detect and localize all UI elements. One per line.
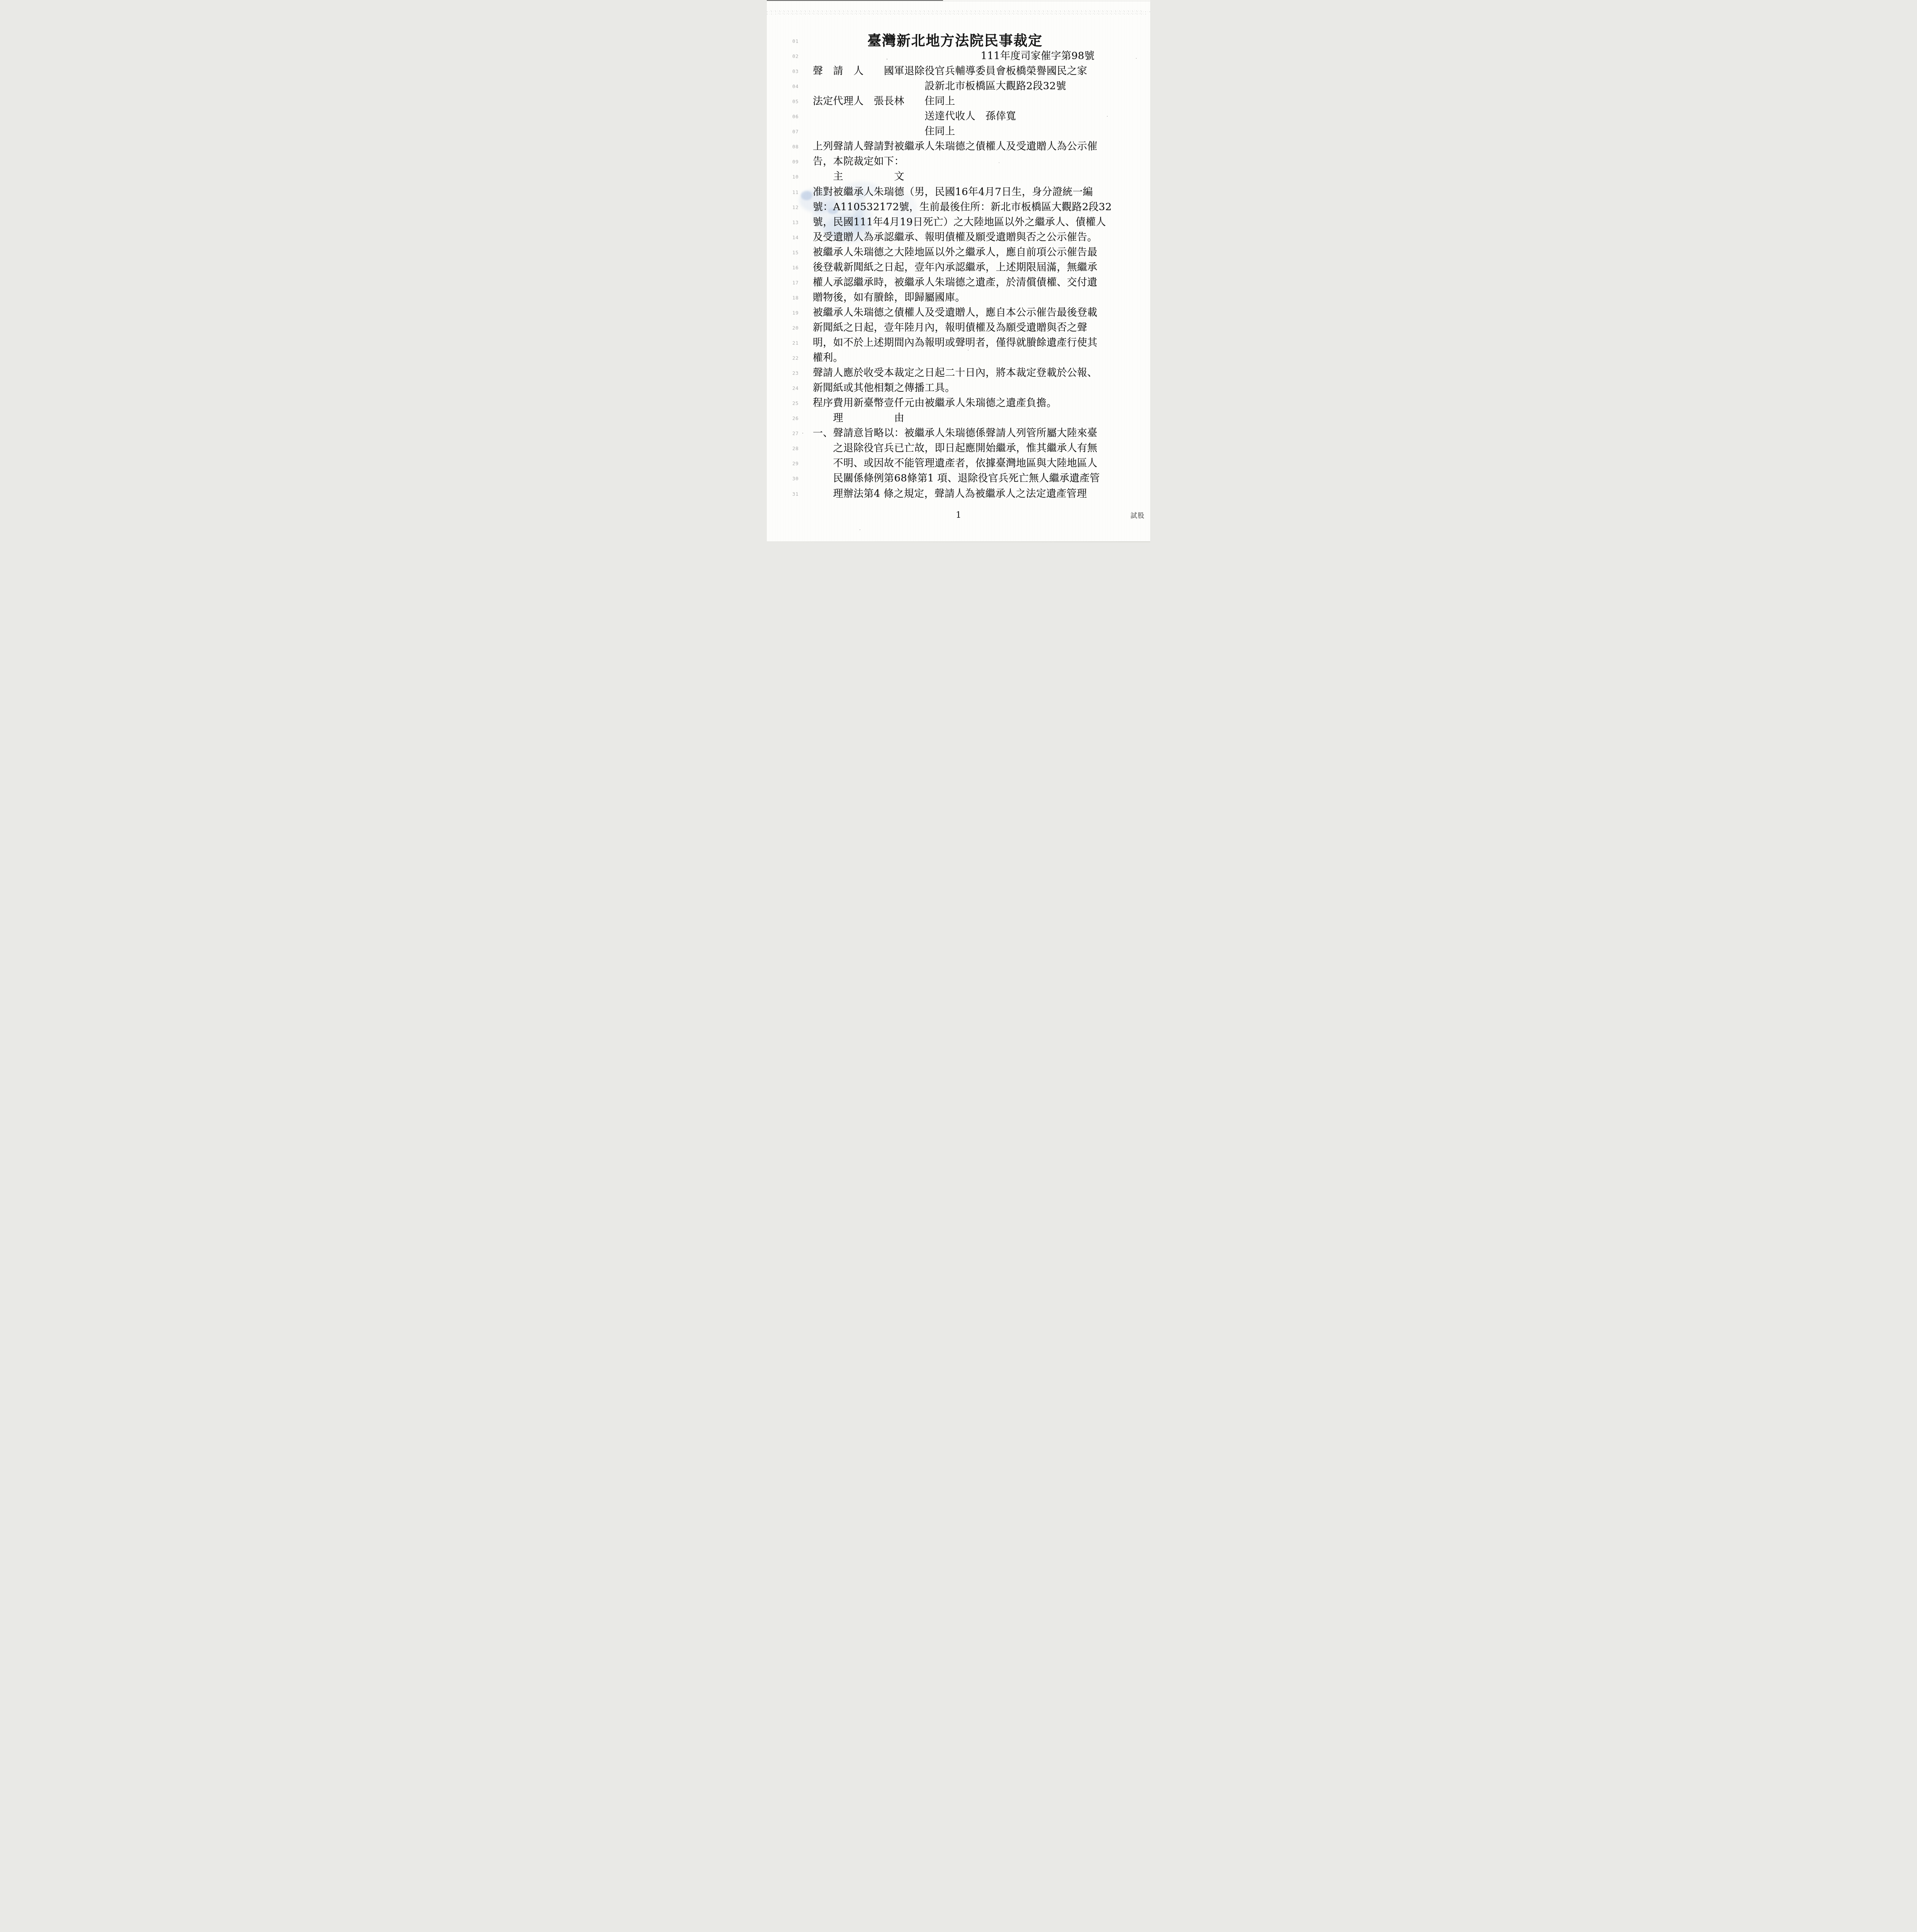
line-text: 號，民國111年4月19日死亡）之大陸地區以外之繼承人、債權人 [813, 214, 1106, 230]
document-line: 14 及受遺贈人為承認繼承、報明債權及願受遺贈與否之公示催告。 [767, 230, 1150, 245]
line-text: 送達代收人 孫倖寬 [813, 109, 1016, 124]
document-line: 22 權利。 [767, 350, 1150, 366]
line-number: 06 [792, 114, 798, 119]
line-text: 聲 請 人 國軍退除役官兵輔導委員會板橋榮譽國民之家 [813, 64, 1087, 79]
document-line: 05 法定代理人 張長林 住同上 [767, 94, 1150, 109]
document-line: 20 新聞紙之日起，壹年陸月內，報明債權及為願受遺贈與否之聲 [767, 320, 1150, 335]
line-text: 上列聲請人聲請對被繼承人朱瑞德之債權人及受遺贈人為公示催 [813, 139, 1097, 154]
line-text: 被繼承人朱瑞德之大陸地區以外之繼承人，應自前項公示催告最 [813, 245, 1097, 260]
document-line: 06 送達代收人 孫倖寬 [767, 109, 1150, 124]
document-line: 29 不明、或因故不能管理遺產者，依據臺灣地區與大陸地區人 [767, 456, 1150, 471]
line-text: 理辦法第4 條之規定，聲請人為被繼承人之法定遺產管理 [813, 486, 1087, 501]
line-text: 民關係條例第68條第1 項、退除役官兵死亡無人繼承遺產管 [813, 471, 1100, 486]
document-line: 16 後登載新聞紙之日起，壹年內承認繼承，上述期限屆滿，無繼承 [767, 260, 1150, 275]
document-line: 26 理 由 [767, 411, 1150, 426]
document-line: 17 權人承認繼承時，被繼承人朱瑞德之遺產，於清償債權、交付遺 [767, 275, 1150, 290]
document-line: 23 聲請人應於收受本裁定之日起二十日內，將本裁定登載於公報、 [767, 366, 1150, 381]
line-text: 法定代理人 張長林 住同上 [813, 94, 955, 109]
line-number: 16 [792, 264, 798, 270]
document-line: 21 明，如不於上述期間內為報明或聲明者，僅得就賸餘遺產行使其 [767, 335, 1150, 350]
line-number: 24 [792, 385, 798, 391]
document-line: 27 一、聲請意旨略以：被繼承人朱瑞德係聲請人列管所屬大陸來臺 [767, 426, 1150, 441]
line-number: 23 [792, 370, 798, 376]
line-number: 22 [792, 355, 798, 361]
line-text: 程序費用新臺幣壹仟元由被繼承人朱瑞德之遺產負擔。 [813, 396, 1057, 411]
line-text: 被繼承人朱瑞德之債權人及受遺贈人，應自本公示催告最後登載 [813, 305, 1097, 320]
line-number: 14 [792, 234, 798, 240]
line-number: 29 [792, 461, 798, 466]
page-number: 1 [767, 509, 1150, 521]
document-line: 28 之退除役官兵已亡故，即日起應開始繼承，惟其繼承人有無 [767, 441, 1150, 456]
line-text: 聲請人應於收受本裁定之日起二十日內，將本裁定登載於公報、 [813, 366, 1097, 381]
document-line: 03 聲 請 人 國軍退除役官兵輔導委員會板橋榮譽國民之家 [767, 64, 1150, 79]
document-line: 01 臺灣新北地方法院民事裁定 [767, 34, 1150, 49]
line-text: 明，如不於上述期間內為報明或聲明者，僅得就賸餘遺產行使其 [813, 335, 1097, 350]
line-number: 21 [792, 340, 798, 346]
line-text: 理 由 [813, 411, 904, 426]
line-text: 一、聲請意旨略以：被繼承人朱瑞德係聲請人列管所屬大陸來臺 [813, 426, 1097, 441]
line-number: 19 [792, 310, 798, 315]
line-number: 04 [792, 83, 798, 89]
line-text: 之退除役官兵已亡故，即日起應開始繼承，惟其繼承人有無 [813, 441, 1097, 456]
line-text: 權人承認繼承時，被繼承人朱瑞德之遺產，於清償債權、交付遺 [813, 275, 1097, 290]
line-number: 15 [792, 249, 798, 255]
line-text: 後登載新聞紙之日起，壹年內承認繼承，上述期限屆滿，無繼承 [813, 260, 1097, 275]
document-line: 19 被繼承人朱瑞德之債權人及受遺贈人，應自本公示催告最後登載 [767, 305, 1150, 320]
document-line: 24 新聞紙或其他相類之傳播工具。 [767, 381, 1150, 396]
document-line: 04 設新北市板橋區大觀路2段32號 [767, 79, 1150, 94]
line-text: 新聞紙之日起，壹年陸月內，報明債權及為願受遺贈與否之聲 [813, 320, 1087, 335]
line-text: 設新北市板橋區大觀路2段32號 [813, 79, 1066, 94]
line-text: 贈物後，如有賸餘，即歸屬國庫。 [813, 290, 965, 305]
document-line: 10 主 文 [767, 169, 1150, 184]
document-line: 12 號：A110532172號，生前最後住所：新北市板橋區大觀路2段32 [767, 199, 1150, 214]
scanned-court-document: 01 臺灣新北地方法院民事裁定 02 111年度司家催字第98號 03 聲 請 … [767, 0, 1150, 542]
line-number: 02 [792, 53, 798, 59]
line-number: 28 [792, 446, 798, 451]
line-text: 主 文 [813, 169, 904, 184]
line-text: 告，本院裁定如下： [813, 154, 904, 169]
line-text: 新聞紙或其他相類之傳播工具。 [813, 381, 955, 396]
line-number: 12 [792, 204, 798, 210]
line-number: 10 [792, 174, 798, 180]
scan-edge-artifact [767, 541, 1150, 542]
document-line: 09 告，本院裁定如下： [767, 154, 1150, 169]
line-number: 08 [792, 144, 798, 150]
document-line: 30 民關係條例第68條第1 項、退除役官兵死亡無人繼承遺產管 [767, 471, 1150, 486]
line-number: 13 [792, 219, 798, 225]
document-line: 31 理辦法第4 條之規定，聲請人為被繼承人之法定遺產管理 [767, 486, 1150, 501]
line-number: 30 [792, 476, 798, 481]
document-line: 13 號，民國111年4月19日死亡）之大陸地區以外之繼承人、債權人 [767, 214, 1150, 230]
line-text: 及受遺贈人為承認繼承、報明債權及願受遺贈與否之公示催告。 [813, 230, 1097, 245]
line-number: 25 [792, 400, 798, 406]
line-text: 權利。 [813, 350, 843, 366]
document-line: 25 程序費用新臺幣壹仟元由被繼承人朱瑞德之遺產負擔。 [767, 396, 1150, 411]
division-label: 試股 [1130, 510, 1145, 520]
document-line: 08 上列聲請人聲請對被繼承人朱瑞德之債權人及受遺贈人為公示催 [767, 139, 1150, 154]
line-text: 臺灣新北地方法院民事裁定 [767, 34, 1147, 49]
document-line: 07 住同上 [767, 124, 1150, 139]
line-number: 20 [792, 325, 798, 330]
document-line: 18 贈物後，如有賸餘，即歸屬國庫。 [767, 290, 1150, 305]
line-number: 17 [792, 279, 798, 285]
line-number: 18 [792, 294, 798, 300]
line-number: 27 [792, 430, 798, 436]
document-line: 02 111年度司家催字第98號 [767, 49, 1150, 64]
document-line: 15 被繼承人朱瑞德之大陸地區以外之繼承人，應自前項公示催告最 [767, 245, 1150, 260]
line-number: 09 [792, 159, 798, 165]
line-number: 31 [792, 491, 798, 497]
line-text: 不明、或因故不能管理遺產者，依據臺灣地區與大陸地區人 [813, 456, 1097, 471]
line-number: 05 [792, 99, 798, 104]
line-number: 26 [792, 415, 798, 421]
line-text: 號：A110532172號，生前最後住所：新北市板橋區大觀路2段32 [813, 199, 1112, 214]
line-number: 11 [792, 189, 798, 195]
scan-specks [767, 0, 768, 1]
line-number: 03 [792, 68, 798, 74]
line-number: 07 [792, 129, 798, 134]
line-text: 111年度司家催字第98號 [981, 49, 1095, 64]
line-text: 住同上 [813, 124, 955, 139]
document-line: 11 准對被繼承人朱瑞德（男，民國16年4月7日生，身分證統一編 [767, 184, 1150, 199]
document-lines: 01 臺灣新北地方法院民事裁定 02 111年度司家催字第98號 03 聲 請 … [767, 0, 1150, 542]
line-text: 准對被繼承人朱瑞德（男，民國16年4月7日生，身分證統一編 [813, 184, 1093, 199]
